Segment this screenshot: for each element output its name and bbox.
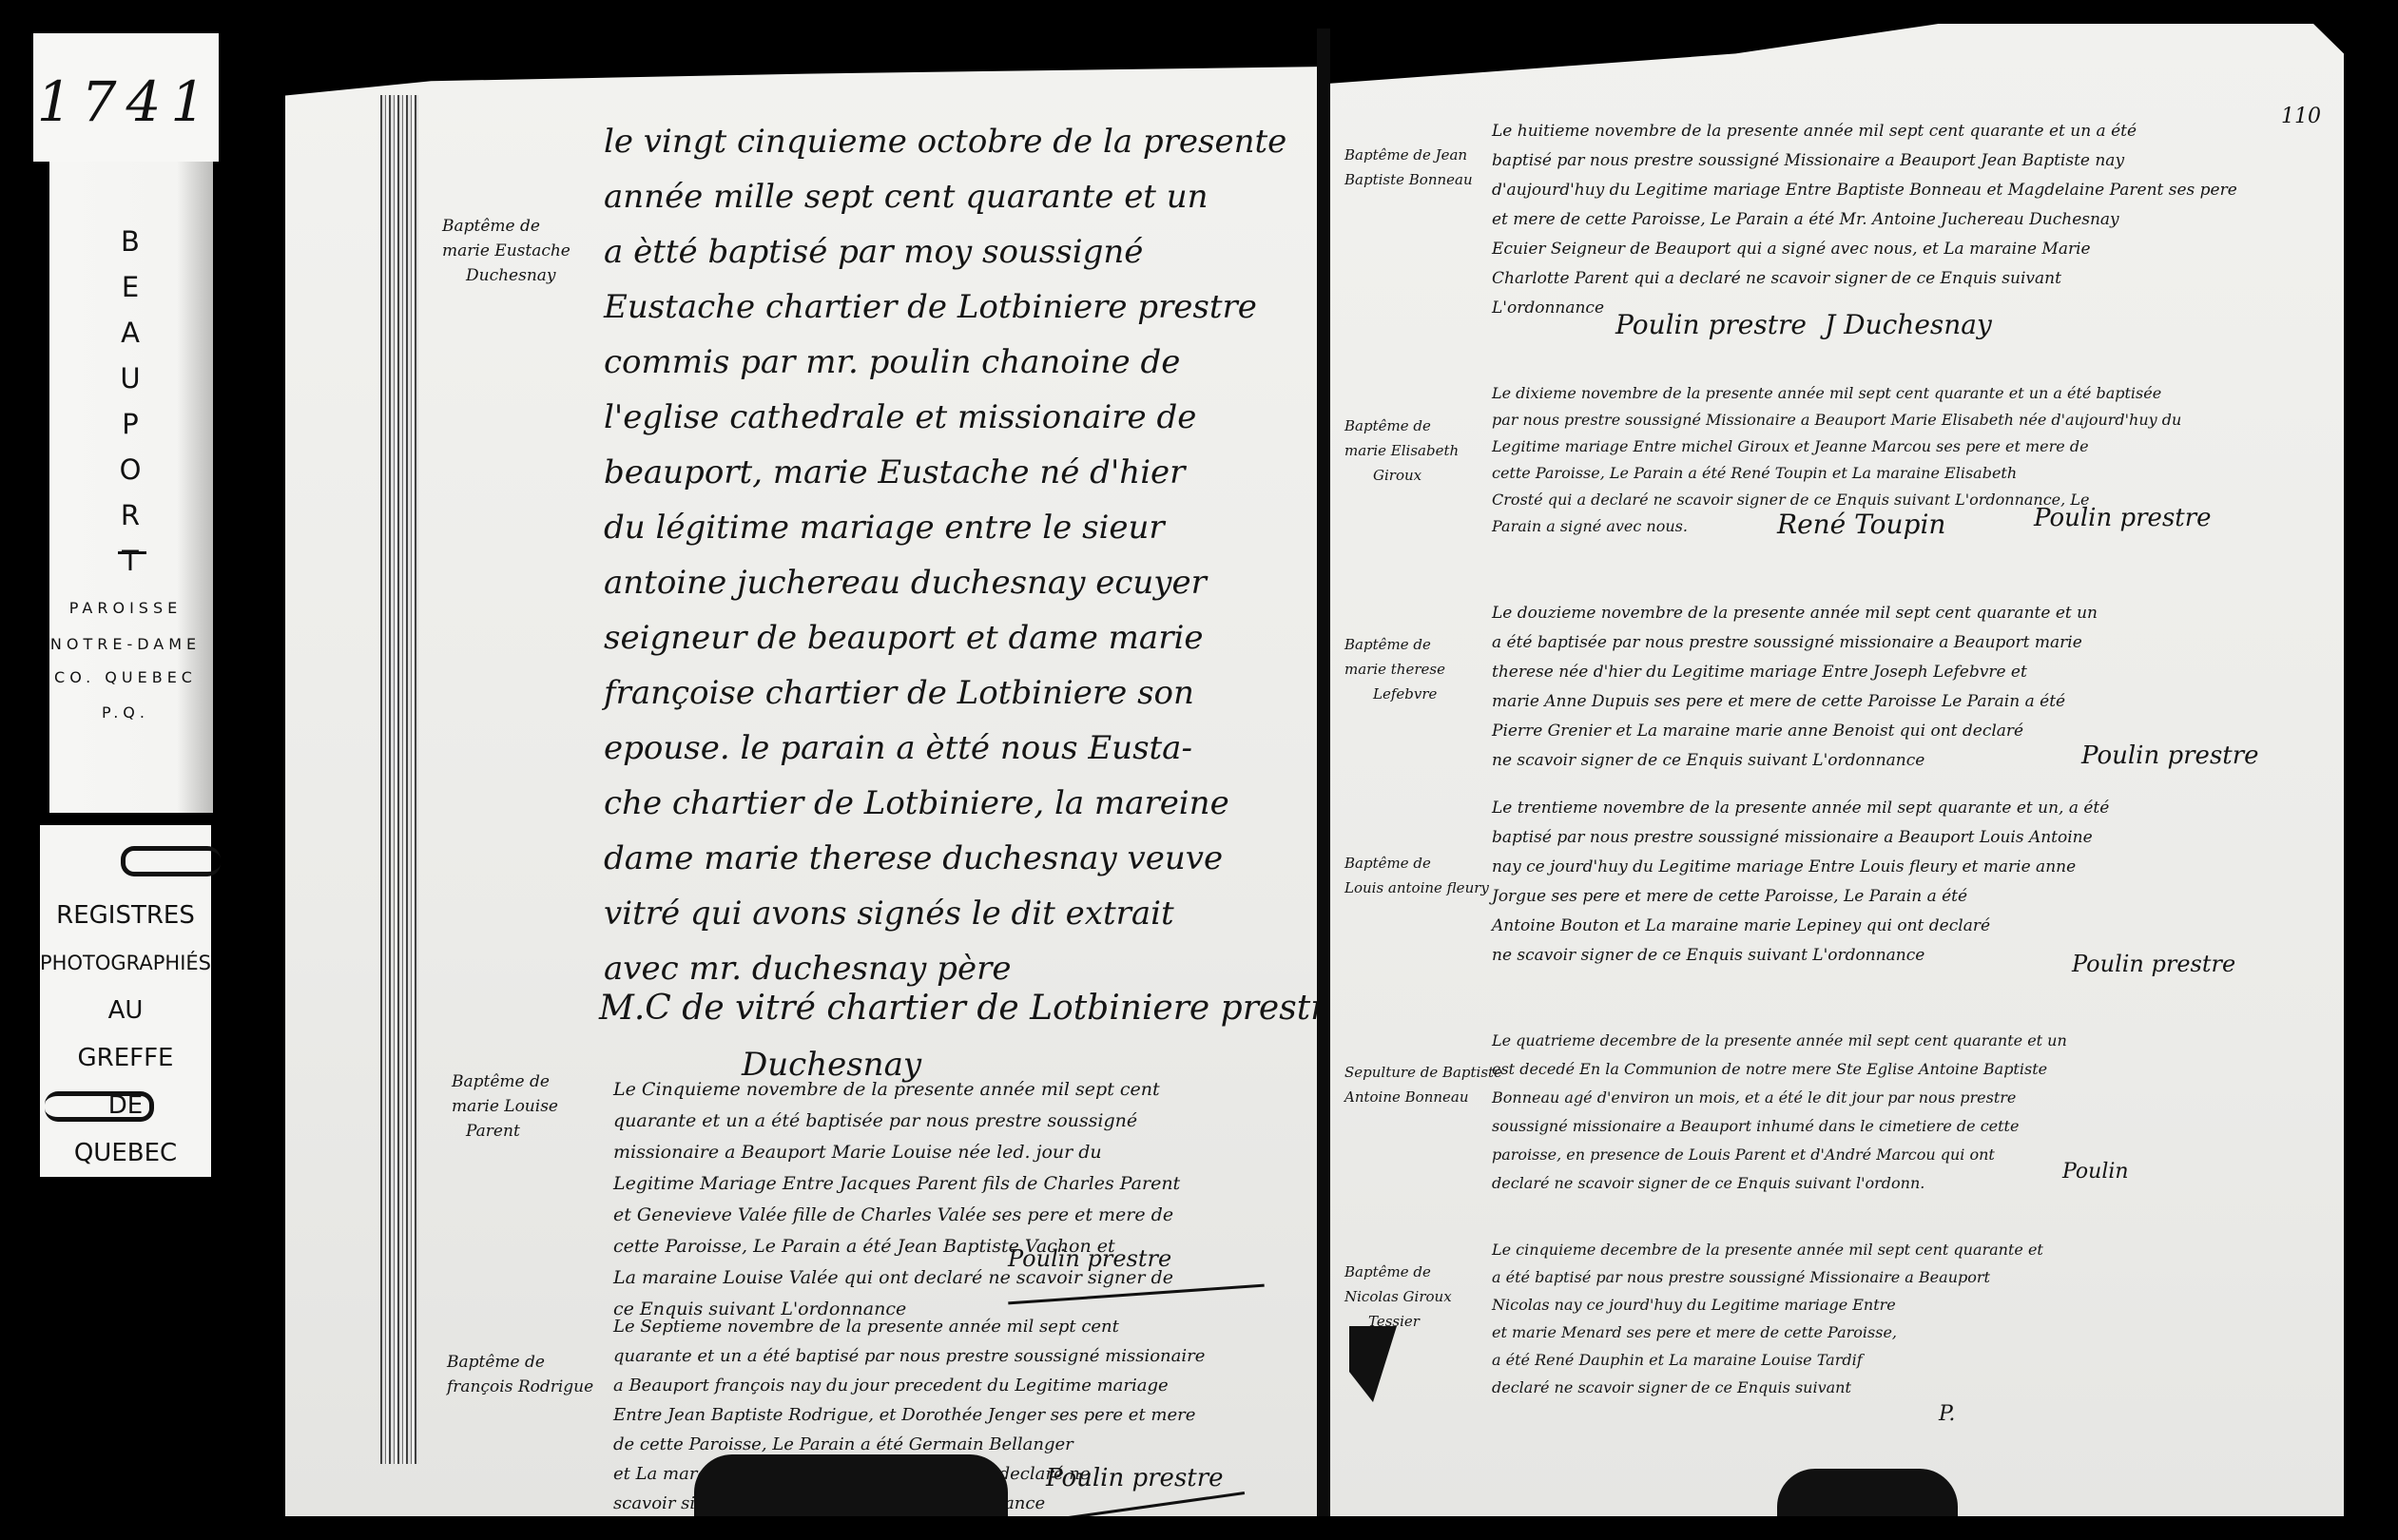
letter: U [106, 356, 154, 401]
note-line: GREFFE [40, 1034, 211, 1082]
seigneur-signature: J Duchesnay [1825, 309, 1992, 340]
letter: R [106, 492, 154, 538]
letter: O [106, 447, 154, 492]
priest-signature: P. [1939, 1402, 1955, 1426]
priest-signature: Poulin prestre [2034, 504, 2212, 532]
note-line: QUEBEC [40, 1129, 211, 1177]
margin-note: Sepulture de Baptiste Antoine Bonneau [1344, 1060, 1502, 1109]
priest-signature: Poulin prestre [1046, 1464, 1224, 1492]
baptism-entry: Le Cinquieme novembre de la presente ann… [613, 1074, 1180, 1325]
letter: P [106, 401, 154, 447]
letter: B [106, 219, 154, 264]
margin-note: Baptême de marie Elisabeth Giroux [1344, 414, 1459, 488]
note-line: REGISTRES [40, 892, 211, 939]
priest-signature: M.C de vitré chartier de Lotbiniere pres… [599, 989, 1326, 1028]
note-line: AU [40, 987, 211, 1034]
priest-signature: Poulin [2062, 1160, 2129, 1184]
letter: A [106, 310, 154, 356]
paperclip-icon [121, 846, 221, 876]
page-stack-edge [380, 95, 418, 1464]
margin-note: Baptême de marie Louise Parent [452, 1069, 558, 1144]
margin-note: Baptême de marie therese Lefebvre [1344, 632, 1445, 706]
godfather-signature: René Toupin [1777, 509, 1945, 540]
torn-corner [1349, 1326, 1397, 1402]
parish-name-vertical: B E A U P O R T [106, 219, 154, 584]
parish-label-strip: B E A U P O R T PAROISSE NOTRE-DAME CO. … [49, 162, 213, 813]
paperclip-icon [45, 1091, 154, 1122]
margin-note: Baptême de françois Rodrigue [447, 1350, 593, 1399]
parish-line: PAROISSE [49, 599, 202, 617]
baptism-entry: le vingt cinquieme octobre de la present… [604, 114, 1286, 996]
letter: T [106, 538, 154, 584]
baptism-entry: Le cinquieme decembre de la presente ann… [1492, 1236, 2043, 1401]
margin-note: Baptême de marie Eustache Duchesnay [442, 214, 570, 288]
parish-line: NOTRE-DAME [49, 635, 202, 653]
margin-note: Baptême de Jean Baptiste Bonneau [1344, 143, 1473, 192]
left-register-page: Baptême de marie Eustache Duchesnay le v… [285, 67, 1326, 1516]
priest-signature: Poulin prestre [1008, 1245, 1171, 1272]
thumb-shadow [694, 1454, 1008, 1516]
burial-entry: Le quatrieme decembre de la presente ann… [1492, 1027, 2067, 1198]
registry-note-label: REGISTRES PHOTOGRAPHIÉS AU GREFFE DE QUE… [40, 825, 211, 1177]
baptism-entry: Le huitieme novembre de la presente anné… [1492, 117, 2237, 323]
baptism-entry: Le trentieme novembre de la presente ann… [1492, 794, 2109, 971]
registry-note: REGISTRES PHOTOGRAPHIÉS AU GREFFE DE QUE… [40, 892, 211, 1177]
priest-signature: Poulin prestre [1615, 309, 1807, 340]
letter: E [106, 264, 154, 310]
priest-signature: Poulin prestre [2081, 741, 2259, 770]
priest-signature: Poulin prestre [2072, 951, 2235, 977]
parish-line: CO. QUEBEC [49, 668, 202, 686]
baptism-entry: Le douzieme novembre de la presente anné… [1492, 599, 2098, 776]
page-number: 110 [2281, 105, 2321, 128]
note-line: PHOTOGRAPHIÉS [40, 939, 211, 987]
underline-divider [118, 551, 146, 554]
parish-line: P.Q. [49, 703, 202, 722]
register-year: 1741 [33, 69, 219, 134]
book-spine [1317, 29, 1330, 1516]
thumb-shadow [1777, 1469, 1958, 1516]
margin-note: Baptême de Louis antoine fleury [1344, 851, 1489, 900]
archive-year-label: 1741 [33, 33, 219, 162]
right-register-page: 110 Baptême de Jean Baptiste Bonneau Le … [1330, 24, 2344, 1516]
margin-note: Baptême de Nicolas Giroux Tessier [1344, 1260, 1452, 1334]
